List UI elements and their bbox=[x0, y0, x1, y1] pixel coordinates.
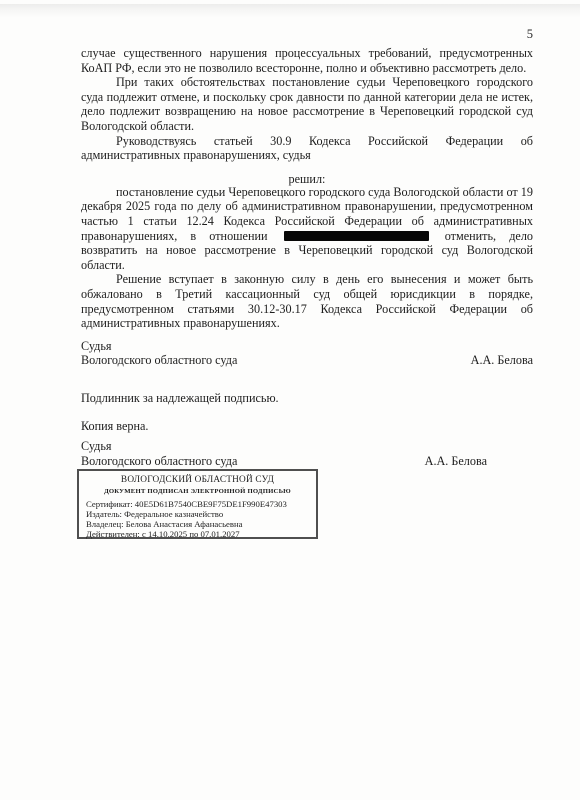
signature-role-title: Судья bbox=[81, 439, 533, 454]
court-decision-page: 5 случае существенного нарушения процесс… bbox=[0, 0, 580, 800]
electronic-signature-stamp: ВОЛОГОДСКИЙ ОБЛАСТНОЙ СУД ДОКУМЕНТ ПОДПИ… bbox=[77, 469, 318, 539]
scan-artifact bbox=[0, 4, 580, 18]
stamp-owner: Владелец: Белова Анастасия Афанасьевна bbox=[86, 519, 316, 529]
appeal-paragraph: Решение вступает в законную силу в день … bbox=[81, 272, 533, 330]
redaction-bar bbox=[284, 231, 429, 241]
signature-court-name: Вологодского областного суда bbox=[81, 353, 237, 368]
signature-block-2: Судья Вологодского областного суда А.А. … bbox=[81, 439, 533, 468]
signature-role-title: Судья bbox=[81, 339, 533, 354]
signature-court-name: Вологодского областного суда bbox=[81, 454, 237, 469]
body-paragraph: При таких обстоятельствах постановление … bbox=[81, 75, 533, 133]
body-paragraph-continuation: случае существенного нарушения процессуа… bbox=[81, 46, 533, 75]
stamp-issuer: Издатель: Федеральное казначейство bbox=[86, 509, 316, 519]
document-body: случае существенного нарушения процессуа… bbox=[81, 46, 533, 539]
copy-note: Копия верна. bbox=[81, 419, 533, 434]
resolution-heading: решил: bbox=[81, 173, 533, 185]
stamp-details: Сертификат: 40E5D61B7540CBE9F75DE1F990E4… bbox=[79, 499, 316, 539]
page-number: 5 bbox=[527, 27, 533, 42]
stamp-court-name: ВОЛОГОДСКИЙ ОБЛАСТНОЙ СУД bbox=[79, 475, 316, 485]
original-note: Подлинник за надлежащей подписью. bbox=[81, 391, 533, 406]
stamp-certificate: Сертификат: 40E5D61B7540CBE9F75DE1F990E4… bbox=[86, 499, 316, 509]
body-paragraph: Руководствуясь статьей 30.9 Кодекса Росс… bbox=[81, 134, 533, 163]
judge-name: А.А. Белова bbox=[425, 454, 487, 469]
ruling-paragraph: постановление судьи Череповецкого городс… bbox=[81, 185, 533, 273]
judge-name: А.А. Белова bbox=[471, 353, 533, 368]
stamp-validity: Действителен: с 14.10.2025 по 07.01.2027 bbox=[86, 529, 316, 539]
stamp-signed-label: ДОКУМЕНТ ПОДПИСАН ЭЛЕКТРОННОЙ ПОДПИСЬЮ bbox=[79, 488, 316, 495]
signature-block-1: Судья Вологодского областного суда А.А. … bbox=[81, 339, 533, 368]
